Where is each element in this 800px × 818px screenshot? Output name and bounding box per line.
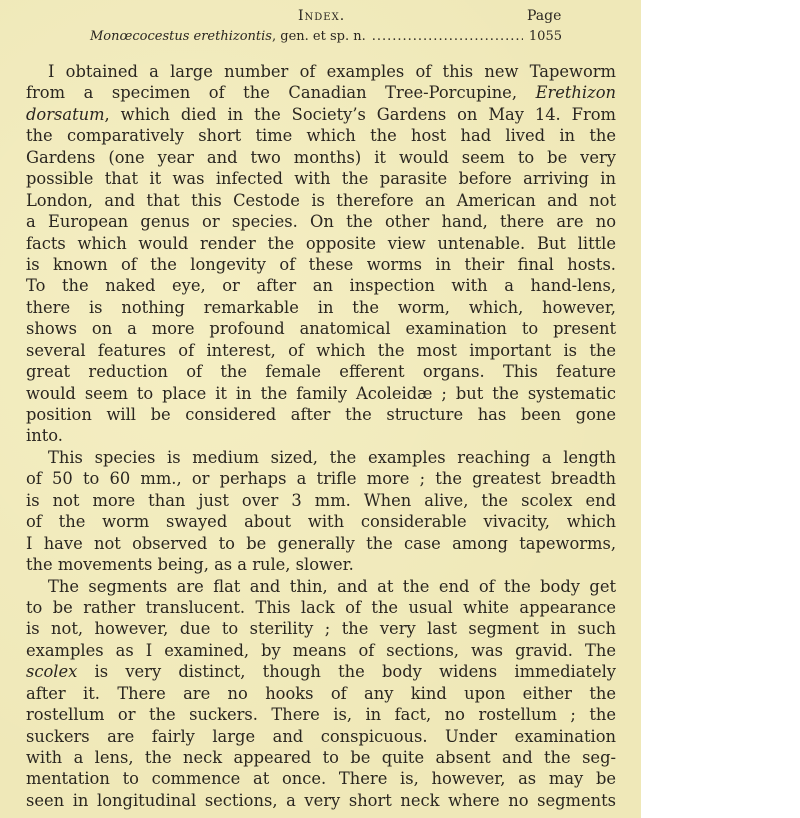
text-line: examples as I examined, by means of sect… (26, 640, 616, 661)
line-text: is known of the longevity of these worms… (26, 255, 616, 274)
text-line: position will be considered after the st… (26, 404, 616, 425)
text-line: scolex is very distinct, though the body… (26, 661, 616, 682)
text-line: there is nothing remarkable in the worm,… (26, 297, 616, 318)
text-line: To the naked eye, or after an inspection… (26, 275, 616, 296)
line-text: after it. There are no hooks of any kind… (26, 684, 616, 703)
line-text: a European genus or species. On the othe… (26, 212, 616, 231)
line-text: great reduction of the female efferent o… (26, 362, 616, 381)
text-line: shows on a more profound anatomical exam… (26, 318, 616, 339)
line-text: of 50 to 60 mm., or perhaps a trifle mor… (26, 469, 616, 488)
text-line: This species is medium sized, the exampl… (26, 447, 616, 468)
text-line: The segments are flat and thin, and at t… (26, 576, 616, 597)
text-line: to be rather translucent. This lack of t… (26, 597, 616, 618)
line-text: rostellum or the suckers. There is, in f… (26, 705, 616, 724)
running-header-page-label: Page (527, 8, 561, 24)
line-text: several features of interest, of which t… (26, 341, 616, 360)
index-entry-page-number: 1055 (529, 29, 562, 44)
line-text: seen in longitudinal sections, a very sh… (26, 791, 616, 810)
index-entry-leader-dots: ........................................… (372, 29, 523, 44)
running-header-title: Index. (298, 8, 345, 24)
text-line: the movements being, as a rule, slower. (26, 554, 616, 575)
line-text: London, and that this Cestode is therefo… (26, 191, 616, 210)
text-line: I have not observed to be generally the … (26, 533, 616, 554)
line-text: possible that it was infected with the p… (26, 169, 616, 188)
line-text: examples as I examined, by means of sect… (26, 641, 616, 660)
line-text: , which died in the Society’s Gardens on… (105, 105, 616, 124)
line-text: To the naked eye, or after an inspection… (26, 276, 616, 295)
text-line: of the worm swayed about with considerab… (26, 511, 616, 532)
scanned-page: Index. Page Monœcocestus erethizontis , … (0, 0, 641, 818)
text-line: is not more than just over 3 mm. When al… (26, 490, 616, 511)
italic-term: scolex (26, 662, 77, 681)
text-line: facts which would render the opposite vi… (26, 233, 616, 254)
line-text: of the worm swayed about with considerab… (26, 512, 616, 531)
line-text: position will be considered after the st… (26, 405, 616, 424)
line-text: the movements being, as a rule, slower. (26, 555, 354, 574)
index-entry: Monœcocestus erethizontis , gen. et sp. … (90, 29, 562, 44)
index-entry-suffix: , gen. et sp. n. (272, 29, 366, 44)
text-line: would seem to place it in the family Aco… (26, 383, 616, 404)
line-text: with a lens, the neck appeared to be qui… (26, 748, 616, 767)
line-text: I have not observed to be generally the … (26, 534, 616, 553)
line-text: would seem to place it in the family Aco… (26, 384, 616, 403)
text-line: Gardens (one year and two months) it wou… (26, 147, 616, 168)
text-line: rostellum or the suckers. There is, in f… (26, 704, 616, 725)
line-text: the comparatively short time which the h… (26, 126, 616, 145)
line-text: The segments are flat and thin, and at t… (48, 577, 616, 596)
text-line: great reduction of the female efferent o… (26, 361, 616, 382)
line-text: there is nothing remarkable in the worm,… (26, 298, 616, 317)
text-line: into. (26, 425, 616, 446)
text-line: London, and that this Cestode is therefo… (26, 190, 616, 211)
index-entry-name: Monœcocestus erethizontis (90, 29, 272, 44)
text-line: dorsatum, which died in the Society’s Ga… (26, 104, 616, 125)
text-line: several features of interest, of which t… (26, 340, 616, 361)
text-line: is not, however, due to sterility ; the … (26, 618, 616, 639)
line-text: to be rather translucent. This lack of t… (26, 598, 616, 617)
text-line: seen in longitudinal sections, a very sh… (26, 790, 616, 811)
line-text: is very distinct, though the body widens… (77, 662, 616, 681)
line-text: I obtained a large number of examples of… (48, 62, 616, 81)
line-text: is not more than just over 3 mm. When al… (26, 491, 616, 510)
italic-term: dorsatum (26, 105, 105, 124)
text-line: is known of the longevity of these worms… (26, 254, 616, 275)
text-line: of 50 to 60 mm., or perhaps a trifle mor… (26, 468, 616, 489)
text-line: a European genus or species. On the othe… (26, 211, 616, 232)
text-line: with a lens, the neck appeared to be qui… (26, 747, 616, 768)
line-text: Gardens (one year and two months) it wou… (26, 148, 616, 167)
line-text: suckers are fairly large and conspicuous… (26, 727, 616, 746)
italic-term: Erethizon (536, 83, 616, 102)
text-line: I obtained a large number of examples of… (26, 61, 616, 82)
line-text: from a specimen of the Canadian Tree-Por… (26, 83, 517, 102)
text-line: the comparatively short time which the h… (26, 125, 616, 146)
line-text: mentation to commence at once. There is,… (26, 769, 616, 788)
line-text: is not, however, due to sterility ; the … (26, 619, 616, 638)
text-line: from a specimen of the Canadian Tree-Por… (26, 82, 616, 103)
body-text: I obtained a large number of examples of… (26, 61, 616, 811)
text-line: mentation to commence at once. There is,… (26, 768, 616, 789)
line-text: into. (26, 426, 63, 445)
text-line: suckers are fairly large and conspicuous… (26, 726, 616, 747)
text-line: possible that it was infected with the p… (26, 168, 616, 189)
text-line: after it. There are no hooks of any kind… (26, 683, 616, 704)
line-text: This species is medium sized, the exampl… (48, 448, 616, 467)
line-text: shows on a more profound anatomical exam… (26, 319, 616, 338)
line-text: facts which would render the opposite vi… (26, 234, 616, 253)
